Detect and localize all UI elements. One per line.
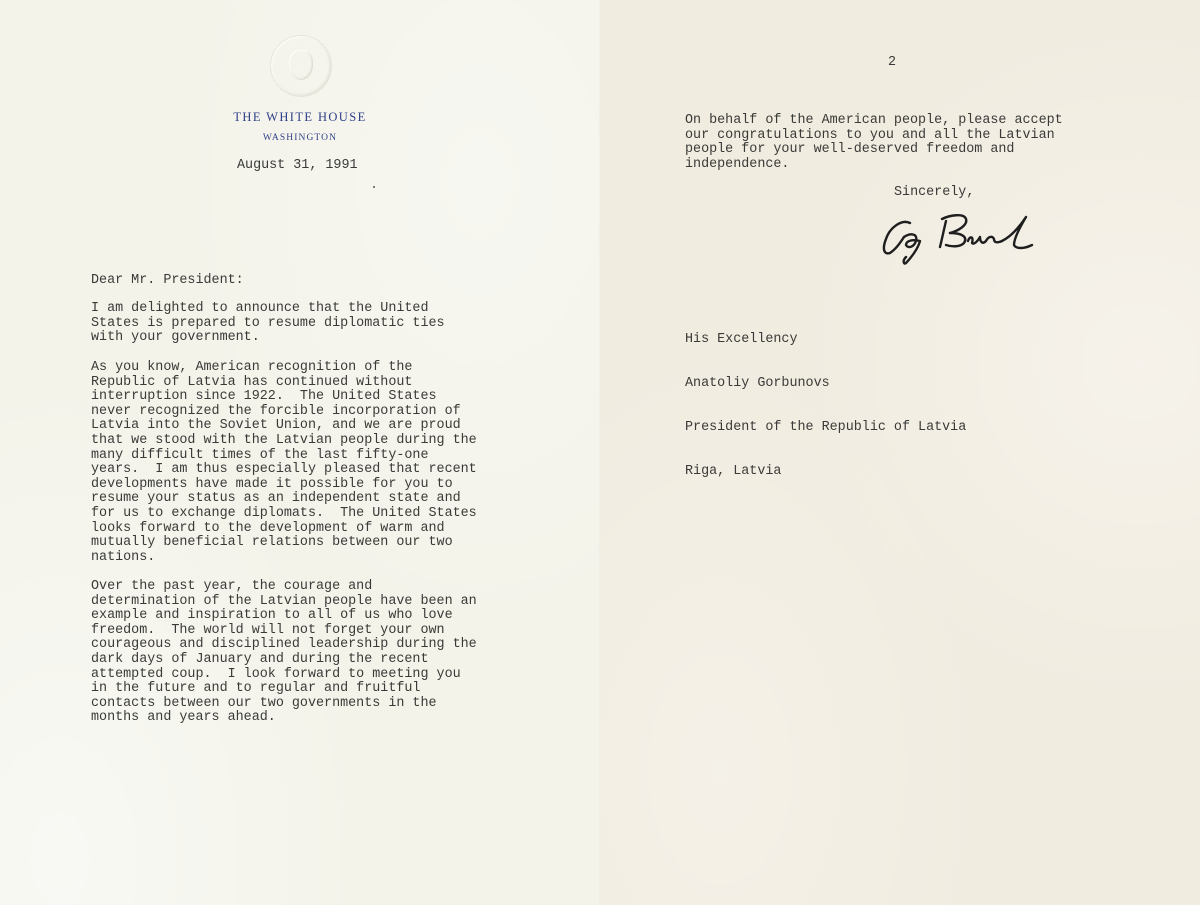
- presidential-seal-icon: [270, 35, 332, 97]
- page-number: 2: [888, 56, 896, 71]
- letter-page-2: 2 On behalf of the American people, plea…: [600, 0, 1200, 905]
- addressee-line: His Excellency: [685, 333, 966, 348]
- salutation: Dear Mr. President:: [91, 274, 244, 289]
- addressee-line: Anatoliy Gorbunovs: [685, 377, 966, 392]
- addressee-line: Riga, Latvia: [685, 465, 966, 480]
- eagle-emboss-icon: [289, 50, 313, 80]
- signoff: Sincerely,: [894, 186, 974, 201]
- letter-date: August 31, 1991: [237, 159, 358, 174]
- letterhead-subtitle: WASHINGTON: [0, 133, 600, 143]
- body-paragraph-2: As you know, American recognition of the…: [91, 361, 477, 565]
- letterhead-title: THE WHITE HOUSE: [0, 110, 600, 125]
- body-paragraph-1: I am delighted to announce that the Unit…: [91, 302, 445, 346]
- ink-speck: [373, 186, 375, 188]
- addressee-block: His Excellency Anatoliy Gorbunovs Presid…: [685, 304, 966, 508]
- closing-paragraph: On behalf of the American people, please…: [685, 114, 1063, 172]
- signature-icon: [880, 205, 1050, 270]
- body-paragraph-3: Over the past year, the courage and dete…: [91, 580, 477, 726]
- addressee-line: President of the Republic of Latvia: [685, 421, 966, 436]
- letter-page-1: THE WHITE HOUSE WASHINGTON August 31, 19…: [0, 0, 600, 905]
